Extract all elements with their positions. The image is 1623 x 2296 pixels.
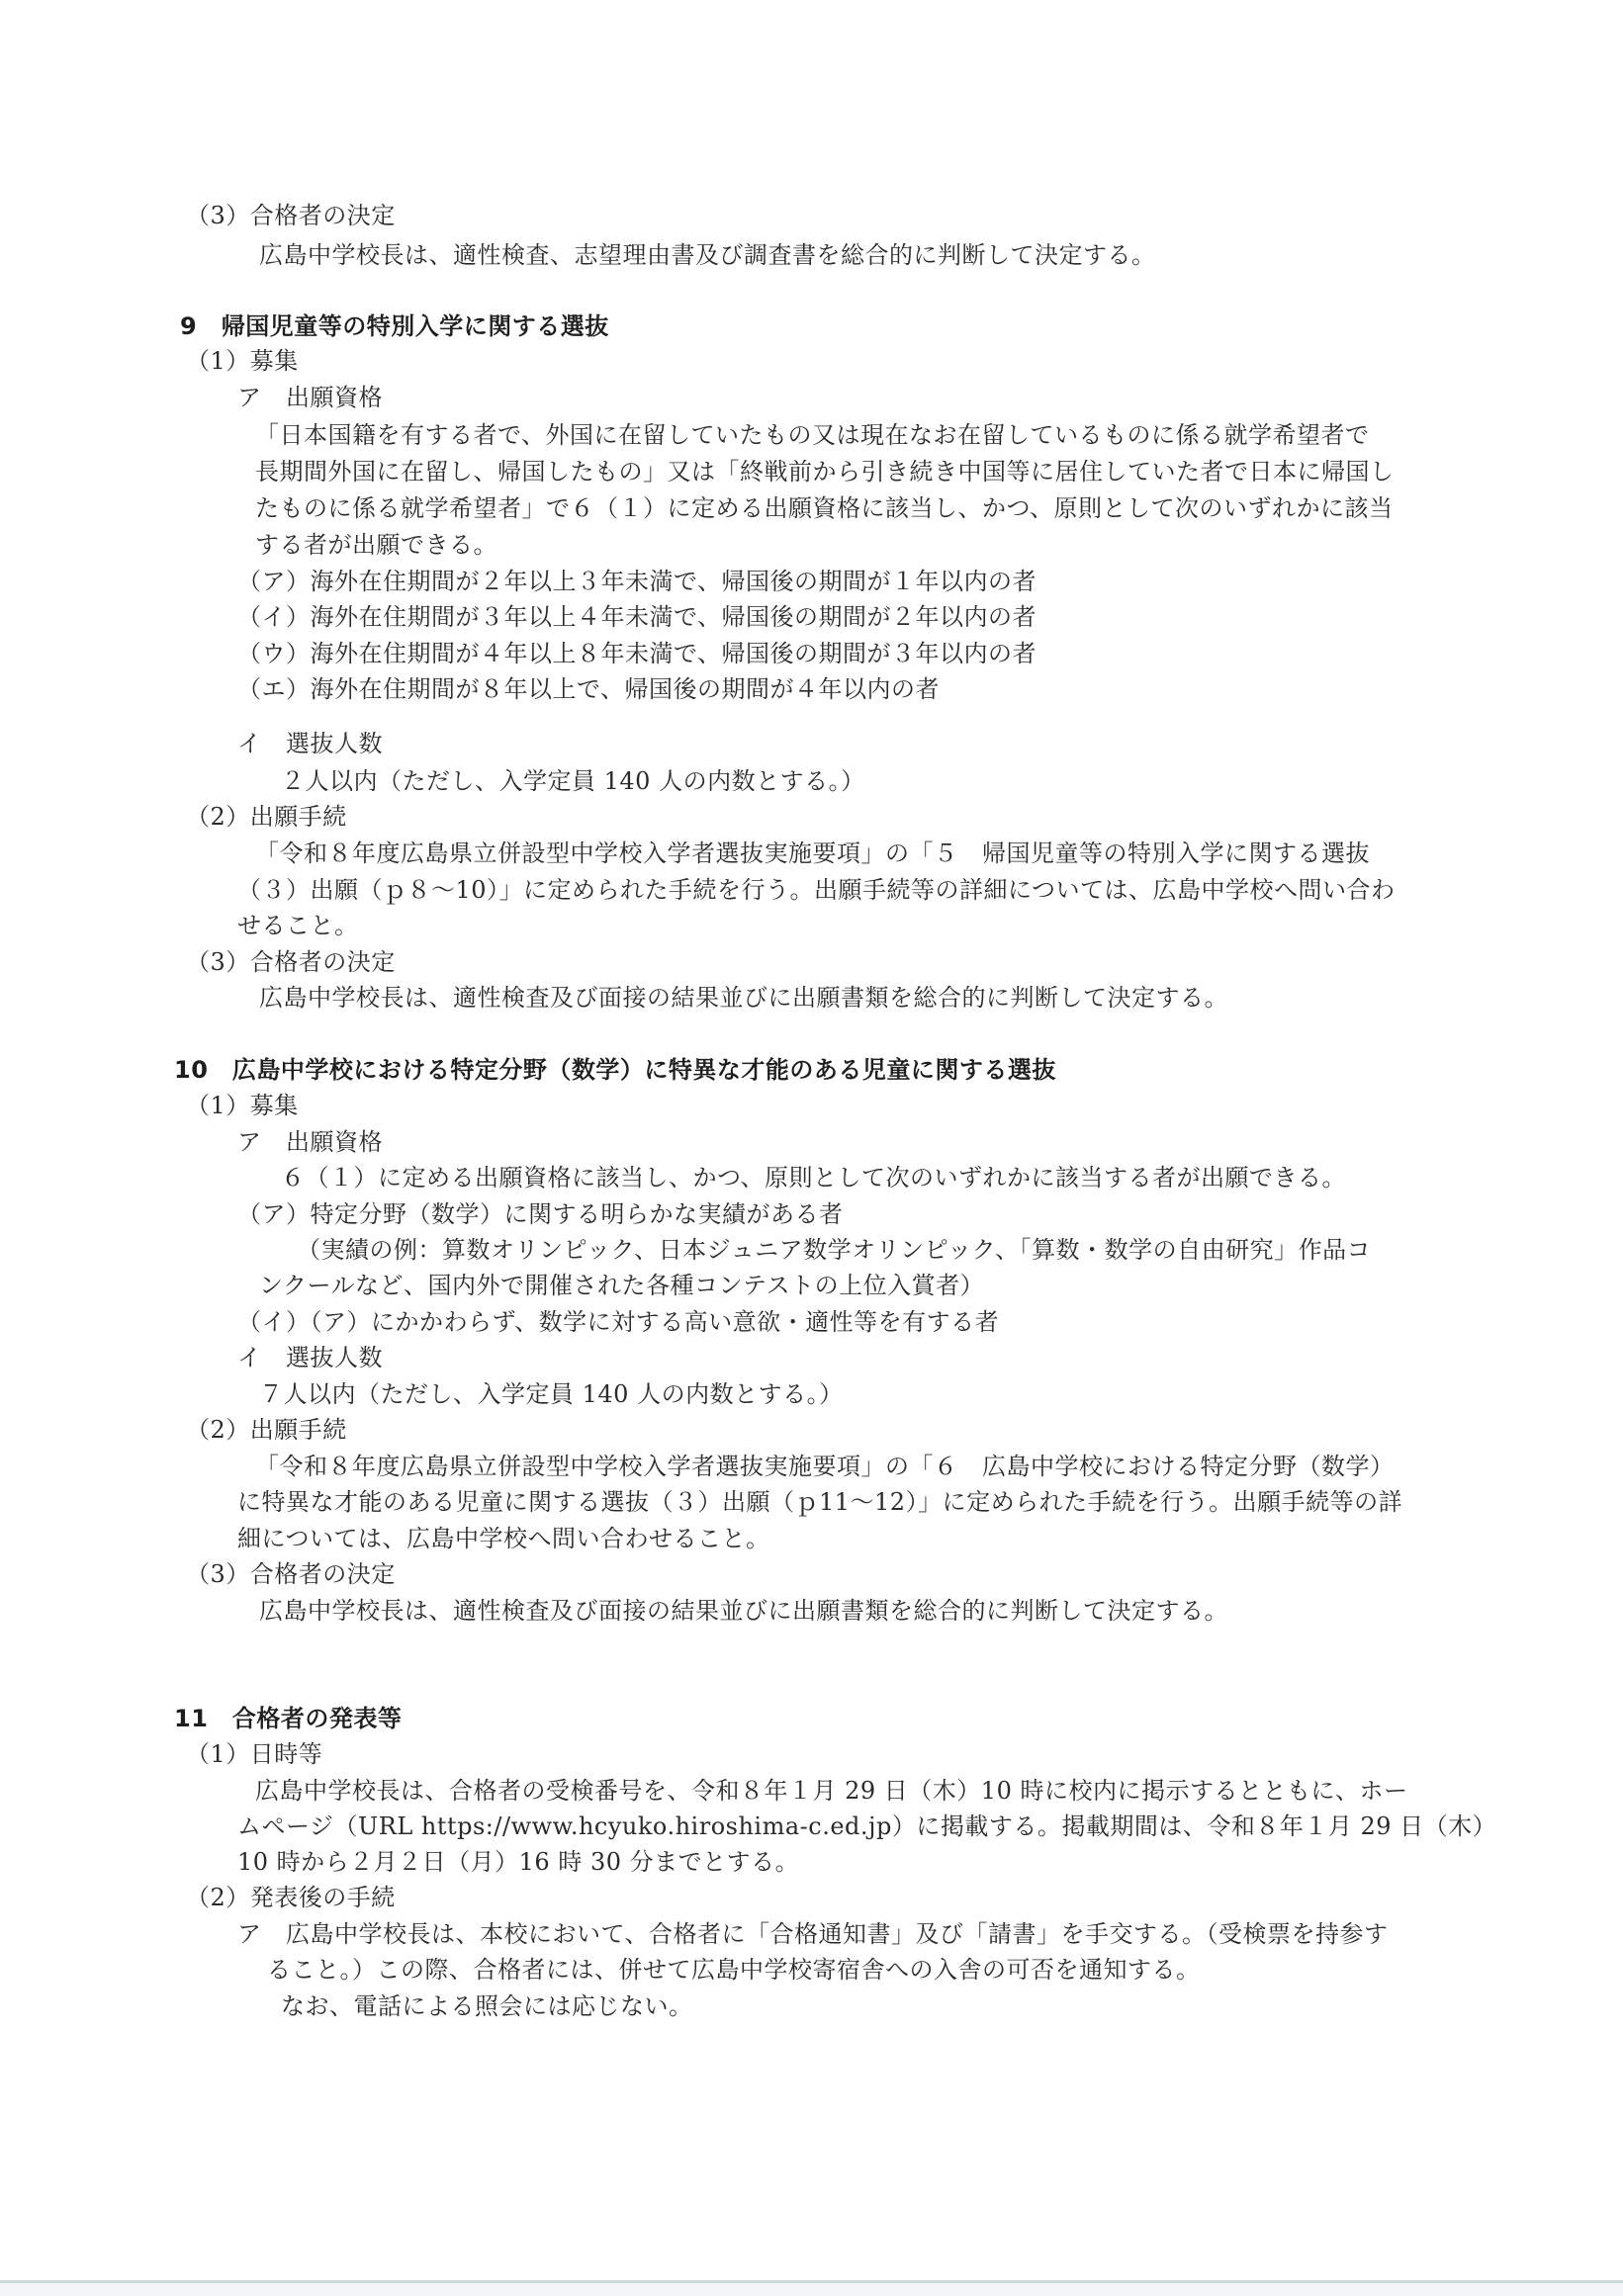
body-text-line: ること。）この際、合格者には、併せて広島中学校寄宿舎への入舎の可否を通知する。 bbox=[267, 1955, 1201, 1985]
body-text-line: （エ）海外在住期間が８年以上で、帰国後の期間が４年以内の者 bbox=[237, 674, 940, 704]
subsection-label: イ 選抜人数 bbox=[237, 729, 383, 758]
body-text-line: （イ）（ア）にかかわらず、数学に対する高い意欲・適性等を有する者 bbox=[237, 1307, 999, 1337]
section-heading: 9 帰国児童等の特別入学に関する選抜 bbox=[180, 311, 609, 341]
body-text-line: （３）出願（ｐ８～10）」に定められた手続を行う。出願手続等の詳細については、広… bbox=[237, 875, 1396, 905]
subsection-label: （1）募集 bbox=[186, 1091, 299, 1120]
body-text-line: ンクールなど、国内外で開催された各種コンテストの上位入賞者） bbox=[259, 1271, 984, 1300]
subsection-label: ア 出願資格 bbox=[237, 1127, 383, 1157]
body-text-line: 長期間外国に在留し、帰国したもの」又は「終戦前から引き続き中国等に居住していた者… bbox=[255, 457, 1395, 486]
subsection-label: （1）日時等 bbox=[186, 1739, 322, 1769]
body-text-line: たものに係る就学希望者」で６（１）に定める出願資格に該当し、かつ、原則として次の… bbox=[255, 493, 1394, 523]
subsection-label: ア 出願資格 bbox=[237, 383, 383, 412]
section-heading: 10 広島中学校における特定分野（数学）に特異な才能のある児童に関する選抜 bbox=[174, 1055, 1056, 1085]
page-bottom-band bbox=[0, 2283, 1623, 2296]
subsection-label: （2）出願手続 bbox=[186, 802, 347, 832]
subsection-label: （2）発表後の手続 bbox=[186, 1883, 396, 1912]
body-text-line: 広島中学校長は、適性検査及び面接の結果並びに出願書類を総合的に判断して決定する。 bbox=[259, 983, 1228, 1013]
body-text-line: （ア）特定分野（数学）に関する明らかな実績がある者 bbox=[237, 1199, 844, 1229]
body-text-line: 「令和８年度広島県立併設型中学校入学者選抜実施要項」の「５ 帰国児童等の特別入学… bbox=[255, 839, 1370, 868]
subsection-label: （3）合格者の決定 bbox=[186, 1559, 396, 1589]
body-text-line: 細については、広島中学校へ問い合わせること。 bbox=[237, 1524, 770, 1553]
body-text-line: ア 広島中学校長は、本校において、合格者に「合格通知書」及び「請書」を手交する。… bbox=[237, 1919, 1389, 1949]
body-text-line: 広島中学校長は、適性検査、志望理由書及び調査書を総合的に判断して決定する。 bbox=[259, 240, 1156, 270]
body-text-line: （ア）海外在住期間が２年以上３年未満で、帰国後の期間が１年以内の者 bbox=[237, 567, 1037, 596]
body-text-line: （ウ）海外在住期間が４年以上８年未満で、帰国後の期間が３年以内の者 bbox=[237, 639, 1037, 668]
body-text-line: ６（１）に定める出願資格に該当し、かつ、原則として次のいずれかに該当する者が出願… bbox=[281, 1163, 1346, 1192]
body-text-line: する者が出願できる。 bbox=[255, 530, 497, 560]
subsection-label: （1）募集 bbox=[186, 346, 299, 376]
subsection-label: イ 選抜人数 bbox=[237, 1343, 383, 1372]
body-text-line: ７人以内（ただし、入学定員 140 人の内数とする。） bbox=[259, 1379, 844, 1409]
body-text-line: 10 時から２月２日（月）16 時 30 分までとする。 bbox=[237, 1847, 799, 1877]
subsection-label: （3）合格者の決定 bbox=[186, 201, 396, 230]
body-text-line: ２人以内（ただし、入学定員 140 人の内数とする。） bbox=[281, 766, 865, 796]
body-text-line: （実績の例：算数オリンピック、日本ジュニア数学オリンピック、「算数・数学の自由研… bbox=[297, 1235, 1371, 1265]
body-text-line: 広島中学校長は、適性検査及び面接の結果並びに出願書類を総合的に判断して決定する。 bbox=[259, 1596, 1228, 1626]
body-text-line: （イ）海外在住期間が３年以上４年未満で、帰国後の期間が２年以内の者 bbox=[237, 602, 1037, 632]
body-text-line: に特異な才能のある児童に関する選抜（３）出願（ｐ11～12）」に定められた手続を… bbox=[237, 1487, 1402, 1517]
body-text-line: なお、電話による照会には応じない。 bbox=[281, 1991, 693, 2021]
body-text-line: 「令和８年度広島県立併設型中学校入学者選抜実施要項」の「６ 広島中学校における特… bbox=[255, 1452, 1395, 1481]
subsection-label: （2）出願手続 bbox=[186, 1415, 347, 1445]
body-text-line: 広島中学校長は、合格者の受検番号を、令和８年１月 29 日（木）10 時に校内に… bbox=[255, 1776, 1407, 1806]
body-text-line: せること。 bbox=[237, 911, 359, 940]
body-text-line: ムページ（URL https://www.hcyuko.hiroshima-c.… bbox=[237, 1811, 1496, 1841]
section-heading: 11 合格者の発表等 bbox=[174, 1704, 402, 1733]
body-text-line: 「日本国籍を有する者で、外国に在留していたもの又は現在なお在留しているものに係る… bbox=[255, 420, 1370, 450]
subsection-label: （3）合格者の決定 bbox=[186, 947, 396, 977]
